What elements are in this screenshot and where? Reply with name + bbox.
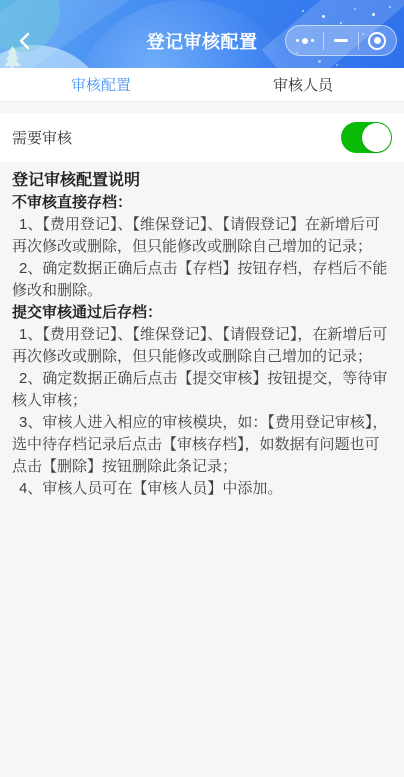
back-button[interactable] — [8, 24, 42, 58]
need-review-row: 需要审核 — [0, 113, 404, 162]
decor-dot — [354, 8, 356, 10]
description-item: 4、审核人员可在【审核人员】中添加。 — [12, 478, 392, 500]
chevron-left-icon — [15, 31, 35, 51]
navbar: 登记审核配置 — [0, 0, 404, 68]
description-item: 3、审核人进入相应的审核模块，如：【费用登记审核】，选中待存档记录后点击【审核存… — [12, 412, 392, 478]
tab-bar: 审核配置 审核人员 — [0, 68, 404, 102]
app-screen: 登记审核配置 审核配置 审核人员 — [0, 0, 404, 777]
window-capsule — [285, 25, 397, 56]
target-circle-icon — [368, 32, 386, 50]
close-button[interactable] — [366, 26, 388, 55]
description-title: 登记审核配置说明 — [12, 170, 392, 192]
need-review-label: 需要审核 — [12, 127, 72, 148]
three-dots-icon — [296, 38, 314, 44]
description-item: 2、确定数据正确后点击【提交审核】按钮提交，等待审核人审核； — [12, 368, 392, 412]
decor-dot — [336, 64, 338, 66]
tab-reviewers[interactable]: 审核人员 — [202, 68, 404, 101]
decor-dot — [322, 15, 325, 18]
decor-dot — [389, 6, 391, 8]
section-heading-no-review: 不审核直接存档： — [12, 192, 392, 214]
description-item: 2、确定数据正确后点击【存档】按钮存档，存档后不能修改和删除。 — [12, 258, 392, 302]
capsule-divider — [358, 32, 359, 50]
capsule-divider — [323, 32, 324, 50]
minimize-button[interactable] — [332, 26, 350, 55]
decor-dot — [372, 13, 375, 16]
decor-dot — [302, 10, 304, 12]
more-button[interactable] — [294, 26, 316, 55]
decor-dot — [318, 60, 321, 63]
section-gap — [0, 102, 404, 113]
toggle-knob — [362, 123, 391, 152]
tab-review-config[interactable]: 审核配置 — [0, 68, 202, 101]
description-section: 登记审核配置说明 不审核直接存档： 1、【费用登记】、【维保登记】、【请假登记】… — [0, 162, 404, 500]
section-heading-submit-review: 提交审核通过后存档： — [12, 302, 392, 324]
need-review-toggle[interactable] — [341, 122, 392, 153]
description-item: 1、【费用登记】、【维保登记】、【请假登记】在新增后可再次修改或删除，但只能修改… — [12, 214, 392, 258]
description-item: 1、【费用登记】、【维保登记】、【请假登记】，在新增后可再次修改或删除，但只能修… — [12, 324, 392, 368]
minus-icon — [334, 39, 348, 42]
